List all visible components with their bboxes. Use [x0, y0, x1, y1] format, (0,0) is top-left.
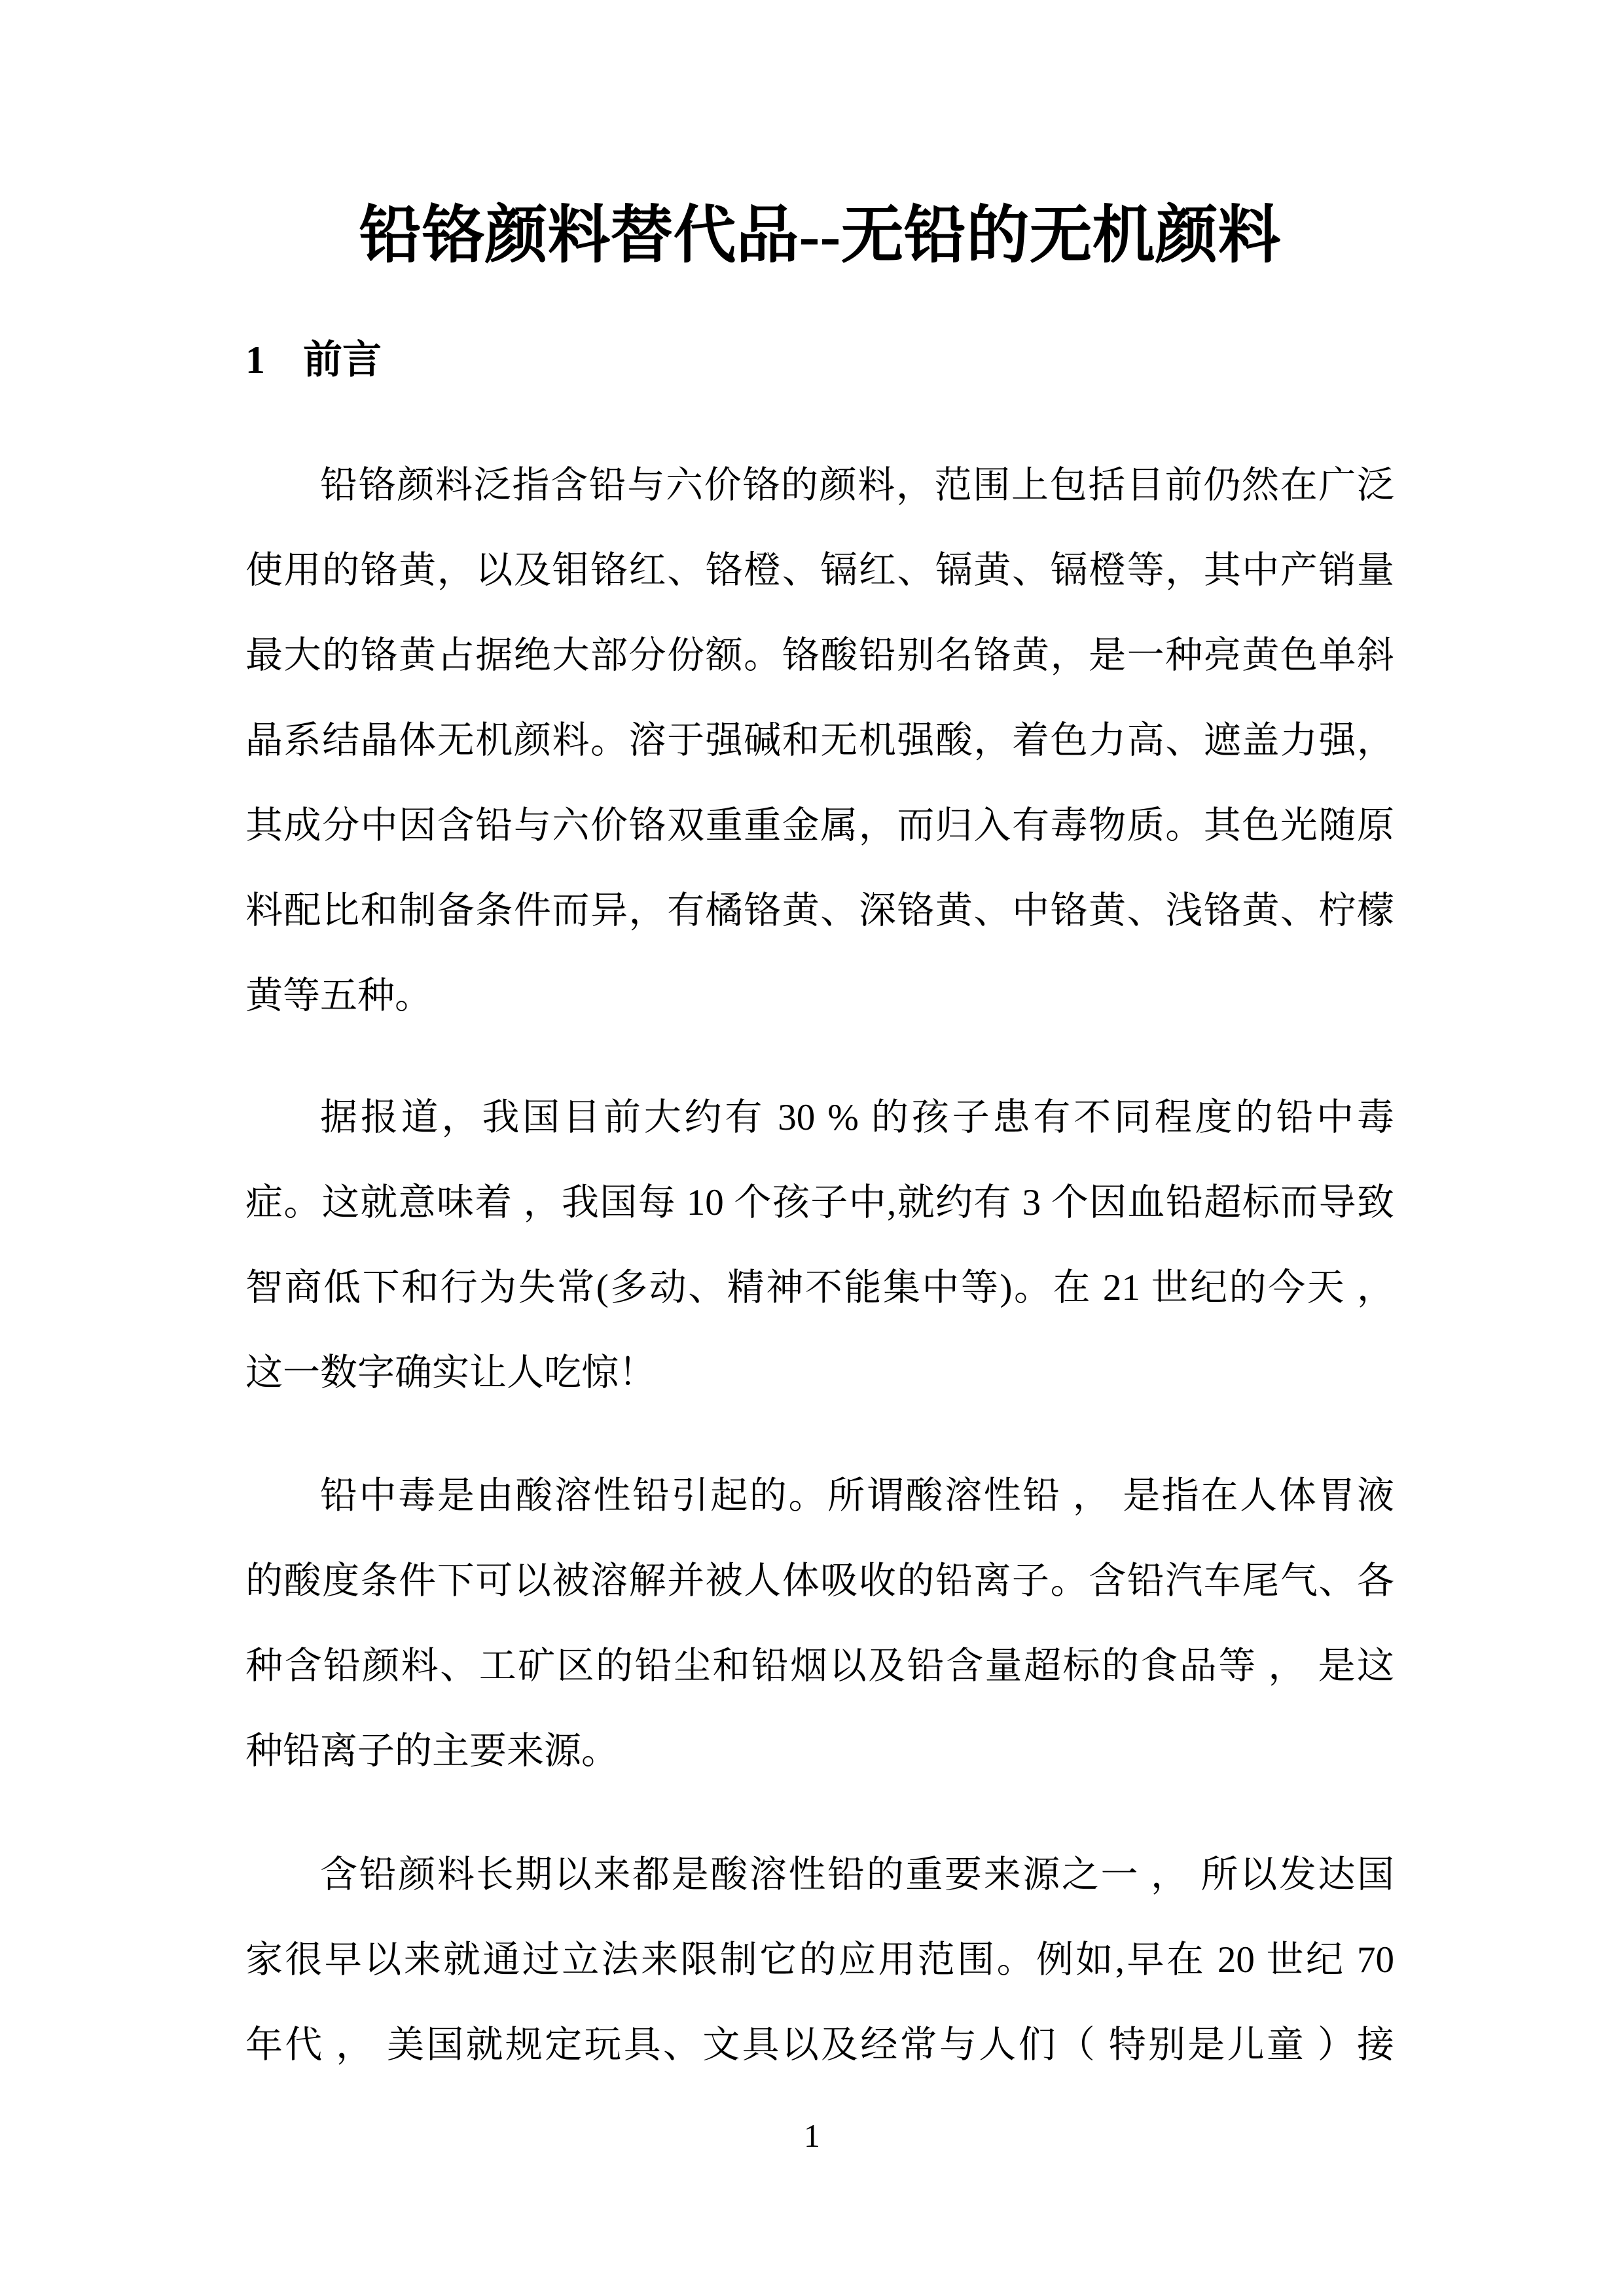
text-line: 铅铬颜料泛指含铅与六价铬的颜料，范围上包括目前仍然在广泛	[245, 443, 1394, 528]
text-line: 智商低下和行为失常(多动、精神不能集中等)。在 21 世纪的今天 ，	[245, 1246, 1394, 1331]
text-line: 症。这就意味着 ，我国每 10 个孩子中,就约有 3 个因血铅超标而导致	[245, 1160, 1394, 1246]
text-line: 的酸度条件下可以被溶解并被人体吸收的铅离子。含铅汽车尾气、各	[245, 1539, 1394, 1624]
text-line: 黄等五种。	[245, 954, 1394, 1039]
text-line: 家很早以来就通过立法来限制它的应用范围。例如,早在 20 世纪 70	[245, 1918, 1394, 2003]
paragraph: 含铅颜料长期以来都是酸溶性铅的重要来源之一 ， 所以发达国 家很早以来就通过立法…	[245, 1833, 1394, 2088]
text-line: 种含铅颜料、工矿区的铅尘和铅烟以及铅含量超标的食品等 ， 是这	[245, 1624, 1394, 1709]
text-line: 种铅离子的主要来源。	[245, 1709, 1394, 1794]
section-heading: 1 前言	[245, 331, 1394, 389]
text-line: 年代 ， 美国就规定玩具、文具以及经常与人们（ 特别是儿童 ）接	[245, 2003, 1394, 2088]
text-line: 这一数字确实让人吃惊！	[245, 1331, 1394, 1416]
text-line: 铅中毒是由酸溶性铅引起的。所谓酸溶性铅 ， 是指在人体胃液	[245, 1454, 1394, 1539]
paragraph: 铅铬颜料泛指含铅与六价铬的颜料，范围上包括目前仍然在广泛 使用的铬黄，以及钼铬红…	[245, 443, 1394, 1039]
document-page: 铅铬颜料替代品--无铅的无机颜料 1 前言 铅铬颜料泛指含铅与六价铬的颜料，范围…	[0, 0, 1624, 2296]
page-number: 1	[0, 2113, 1624, 2159]
section-number: 1	[245, 331, 265, 389]
text-line: 晶系结晶体无机颜料。溶于强碱和无机强酸，着色力高、遮盖力强，	[245, 698, 1394, 783]
text-line: 据报道，我国目前大约有 30 % 的孩子患有不同程度的铅中毒	[245, 1075, 1394, 1160]
text-line: 含铅颜料长期以来都是酸溶性铅的重要来源之一 ， 所以发达国	[245, 1833, 1394, 1918]
text-line: 使用的铬黄，以及钼铬红、铬橙、镉红、镉黄、镉橙等，其中产销量	[245, 528, 1394, 613]
paragraph: 据报道，我国目前大约有 30 % 的孩子患有不同程度的铅中毒 症。这就意味着 ，…	[245, 1075, 1394, 1416]
section-heading-label: 前言	[303, 331, 382, 389]
document-content: 铅铬颜料替代品--无铅的无机颜料 1 前言 铅铬颜料泛指含铅与六价铬的颜料，范围…	[0, 0, 1624, 2088]
text-line: 最大的铬黄占据绝大部分份额。铬酸铅别名铬黄，是一种亮黄色单斜	[245, 613, 1394, 698]
text-line: 其成分中因含铅与六价铬双重重金属，而归入有毒物质。其色光随原	[245, 783, 1394, 869]
paragraph: 铅中毒是由酸溶性铅引起的。所谓酸溶性铅 ， 是指在人体胃液 的酸度条件下可以被溶…	[245, 1454, 1394, 1794]
text-line: 料配比和制备条件而异，有橘铬黄、深铬黄、中铬黄、浅铬黄、柠檬	[245, 869, 1394, 954]
document-title: 铅铬颜料替代品--无铅的无机颜料	[245, 0, 1394, 278]
